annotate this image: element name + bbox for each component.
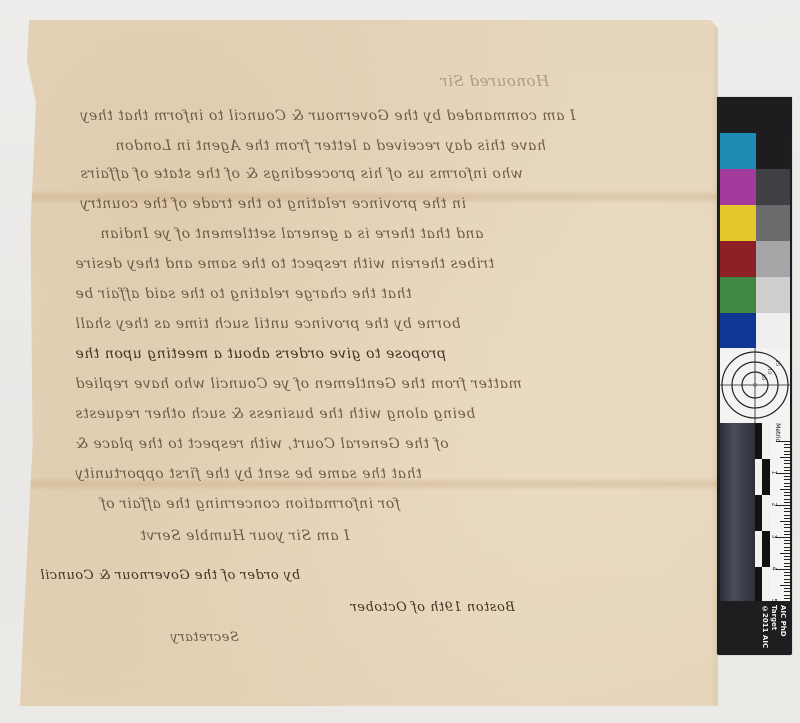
ruler-tick <box>784 588 790 589</box>
handwritten-line: matter from the Gentlemen of ye Council … <box>75 376 522 392</box>
ruler-tick <box>784 463 790 464</box>
ruler-tick <box>784 467 790 468</box>
handwritten-line: I am Sir your Humble Servt <box>140 528 350 544</box>
ruler-tick <box>784 486 790 487</box>
ruler-tick <box>784 598 790 599</box>
ruler-tick <box>784 444 790 445</box>
ruler-tick <box>784 483 790 484</box>
handwritten-line: of the General Court, with respect to th… <box>75 436 449 452</box>
ruler-tick <box>776 473 790 474</box>
handwritten-line: Honoured Sir <box>440 72 549 90</box>
black-header-patch <box>717 97 792 133</box>
ruler-tick <box>780 521 790 522</box>
ruler-tick <box>776 441 790 442</box>
ruler-tick <box>784 527 790 528</box>
ruler-number: 1 <box>770 471 777 475</box>
handwritten-line: that the charge relating to the said aff… <box>75 286 412 302</box>
ruler-tick <box>784 540 790 541</box>
letter-paper: Honoured SirI am commanded by the Govern… <box>20 20 720 706</box>
ruler-tick <box>784 575 790 576</box>
svg-text:15: 15 <box>774 360 780 366</box>
checker-scale <box>755 423 770 601</box>
svg-text:20: 20 <box>760 374 766 380</box>
black-patch <box>756 133 790 169</box>
ruler-tick <box>784 495 790 496</box>
ruler-tick <box>776 537 790 538</box>
ruler-tick <box>776 505 790 506</box>
ruler-tick <box>784 547 790 548</box>
ruler-number: 4 <box>770 567 777 571</box>
light-gray-patch <box>756 241 790 277</box>
ruler-number: 5 <box>770 599 777 603</box>
ruler-tick <box>776 601 790 602</box>
magenta-patch <box>720 169 756 205</box>
blue-patch <box>720 313 756 349</box>
white-patch <box>756 313 790 349</box>
dark-gray-patch <box>756 169 790 205</box>
handwritten-line: Boston 19th of October <box>350 600 515 615</box>
ruler-number: 2 <box>770 503 777 507</box>
ruler-tick <box>784 492 790 493</box>
ruler-tick <box>784 524 790 525</box>
ruler-tick <box>784 531 790 532</box>
ruler-tick <box>784 550 790 551</box>
handwritten-line: tribes therein with respect to the same … <box>75 256 494 272</box>
ruler-tick <box>784 511 790 512</box>
ruler-tick <box>780 585 790 586</box>
handwritten-line: Secretary <box>170 630 239 645</box>
handwritten-line: I am commanded by the Governour & Counci… <box>80 108 575 124</box>
gray-strip <box>720 423 755 601</box>
metric-ruler: Metric 12345 <box>770 423 790 601</box>
target-label: AIC PhD Target ©2011 AIC <box>757 605 787 655</box>
ruler-tick <box>784 451 790 452</box>
ruler-tick <box>784 454 790 455</box>
ruler-tick <box>784 476 790 477</box>
ruler-tick <box>784 502 790 503</box>
handwritten-line: propose to give orders about a meeting u… <box>75 346 446 362</box>
crosshair-icon: 15 10 20 <box>720 348 790 423</box>
ruler-tick <box>784 572 790 573</box>
handwritten-line: that the same be sent by the first oppor… <box>75 466 422 482</box>
handwritten-line: have this day received a letter from the… <box>115 138 546 154</box>
handwritten-line: who informs us of his proceedings & of t… <box>80 166 523 182</box>
ruler-tick <box>784 515 790 516</box>
cyan-patch <box>720 133 756 169</box>
ruler-tick <box>784 591 790 592</box>
ruler-tick <box>784 508 790 509</box>
ruler-tick <box>784 460 790 461</box>
ruler-tick <box>784 595 790 596</box>
ruler-tick <box>784 559 790 560</box>
ruler-tick <box>784 566 790 567</box>
ruler-tick <box>784 447 790 448</box>
ruler-tick <box>784 582 790 583</box>
ruler-tick <box>784 470 790 471</box>
handwritten-line: for information concerning the affair of <box>100 496 400 512</box>
ruler-tick <box>780 489 790 490</box>
ruler-tick <box>784 534 790 535</box>
yellow-patch <box>720 205 756 241</box>
ruler-tick <box>776 569 790 570</box>
green-patch <box>720 277 756 313</box>
mid-gray-patch <box>756 205 790 241</box>
color-calibration-target: 15 10 20 Metric 12345 AIC PhD Target ©20… <box>717 97 792 655</box>
ruler-tick <box>784 563 790 564</box>
handwritten-line: and that there is a general settlement o… <box>100 226 483 242</box>
ruler-tick <box>784 518 790 519</box>
ruler-tick <box>784 543 790 544</box>
handwritten-line: by order of the Governour & Council <box>40 568 300 583</box>
handwritten-line: in the province relating to the trade of… <box>80 196 466 212</box>
ruler-tick <box>784 579 790 580</box>
ruler-tick <box>780 457 790 458</box>
lighter-gray-patch <box>756 277 790 313</box>
ruler-tick <box>784 556 790 557</box>
red-patch <box>720 241 756 277</box>
ruler-tick <box>780 553 790 554</box>
ruler-tick <box>784 499 790 500</box>
focus-target: 15 10 20 <box>720 348 790 423</box>
ruler-tick <box>784 479 790 480</box>
ruler-number: 3 <box>770 535 777 539</box>
handwritten-line: being along with the business & such oth… <box>75 406 475 422</box>
handwritten-line: borne by the province until such time as… <box>75 316 461 332</box>
